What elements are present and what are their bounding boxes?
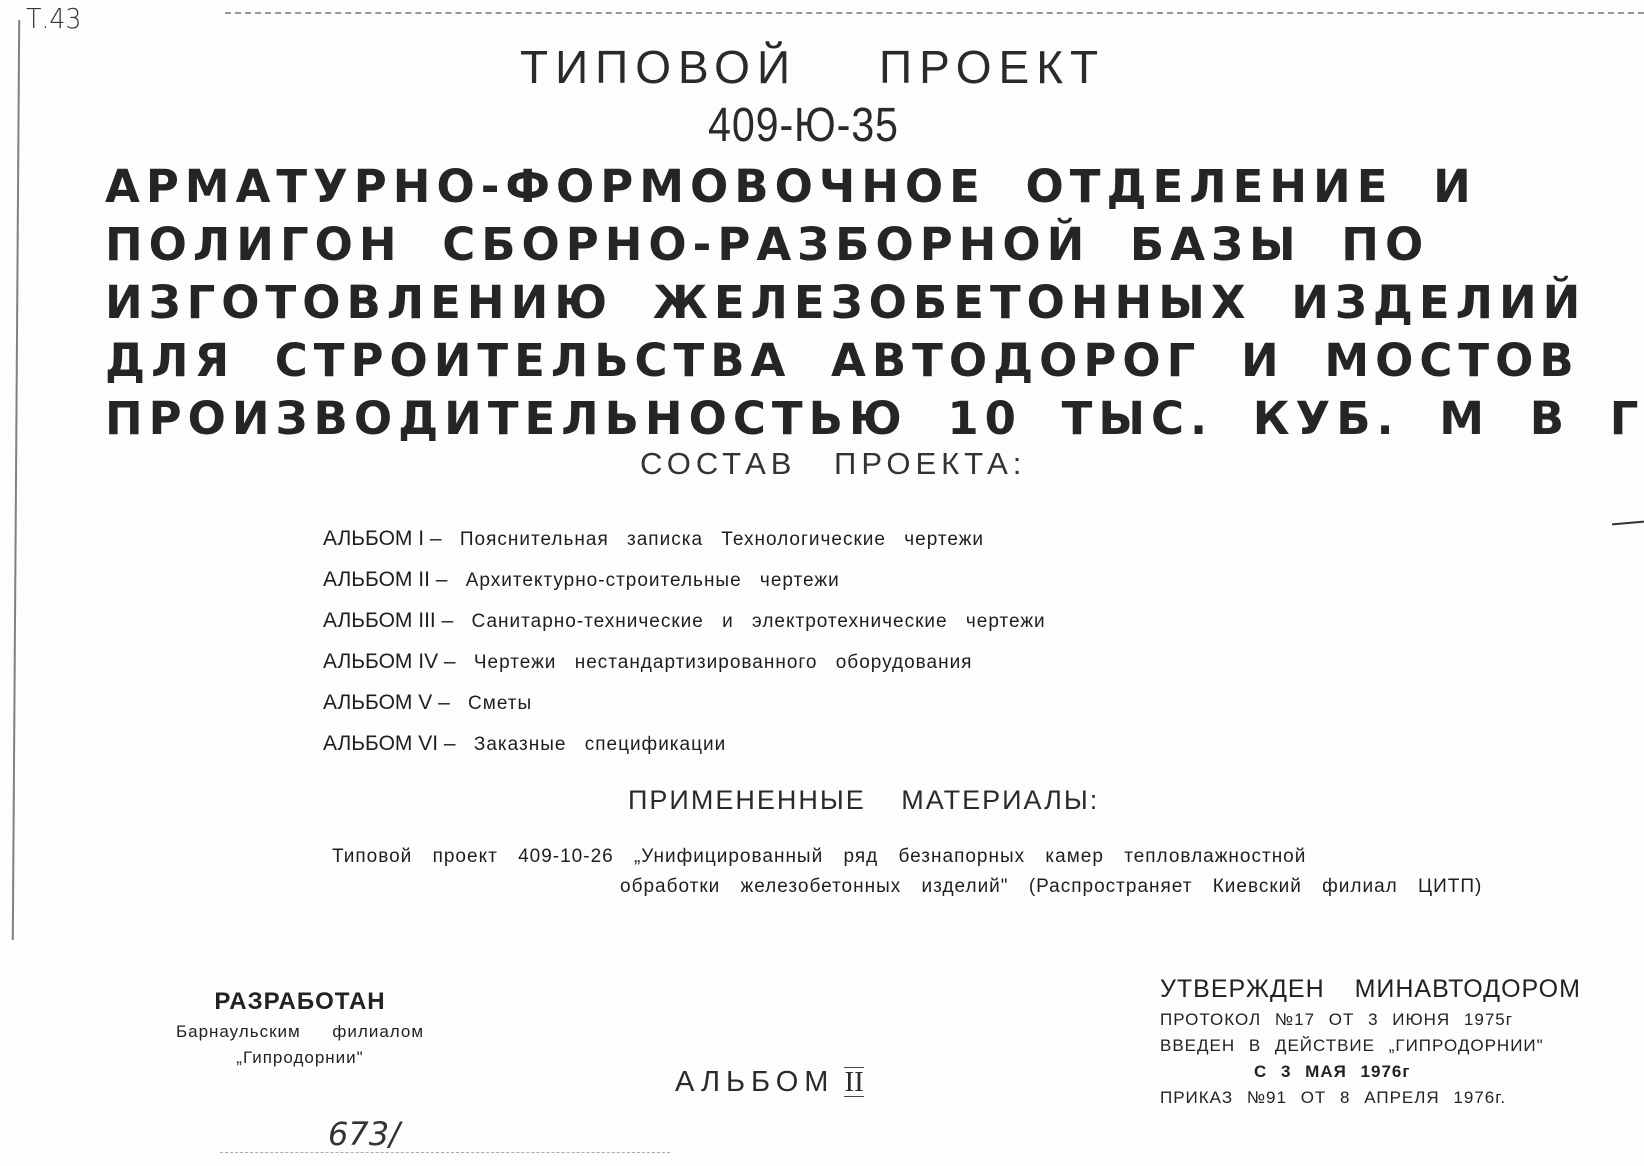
- sheet-mark: Т.43: [26, 2, 81, 35]
- album-code: АЛЬБОМ VI –: [323, 732, 456, 755]
- project-title-line: ПОЛИГОН СБОРНО-РАЗБОРНОЙ БАЗЫ ПО: [105, 216, 1644, 274]
- album-list-item: АЛЬБОМ IV – Чертежи нестандартизированно…: [323, 650, 1046, 691]
- developed-by-institute: „Гипродорнии": [140, 1048, 460, 1068]
- materials-line-1: Типовой проект 409-10-26 „Унифицированны…: [332, 846, 1306, 867]
- album-code: АЛЬБОМ III –: [323, 609, 453, 632]
- album-label-word: АЛЬБОМ: [675, 1066, 834, 1098]
- approval-enacted: ВВЕДЕН В ДЕЙСТВИЕ „ГИПРОДОРНИИ": [1160, 1036, 1581, 1056]
- developed-by-organization: Барнаульским филиалом: [140, 1022, 460, 1042]
- project-number: 409-Ю-35: [708, 98, 899, 153]
- album-code: АЛЬБОМ IV –: [323, 650, 456, 673]
- album-list-item: АЛЬБОМ II – Архитектурно-строительные че…: [323, 568, 1046, 609]
- album-list-item: АЛЬБОМ I – Пояснительная записка Техноло…: [323, 527, 1046, 568]
- approval-effective-date: С 3 МАЯ 1976г: [1160, 1062, 1581, 1082]
- approval-protocol: ПРОТОКОЛ №17 ОТ 3 ИЮНЯ 1975г: [1160, 1010, 1581, 1030]
- left-border-line: [12, 20, 20, 940]
- album-code: АЛЬБОМ I –: [323, 527, 442, 550]
- album-list-item: АЛЬБОМ III – Санитарно-технические и эле…: [323, 609, 1046, 650]
- document-type-word2: ПРОЕКТ: [879, 41, 1105, 93]
- inventory-number: 673/: [328, 1115, 400, 1153]
- project-title-line: АРМАТУРНО-ФОРМОВОЧНОЕ ОТДЕЛЕНИЕ И: [105, 158, 1644, 216]
- developed-by-block: РАЗРАБОТАН Барнаульским филиалом „Гипрод…: [140, 988, 460, 1068]
- album-list-item: АЛЬБОМ V – Сметы: [323, 691, 1046, 732]
- album-label: АЛЬБОМII: [675, 1066, 864, 1099]
- project-title-line: ИЗГОТОВЛЕНИЮ ЖЕЛЕЗОБЕТОННЫХ ИЗДЕЛИЙ: [105, 274, 1644, 332]
- album-title: Архитектурно-строительные чертежи: [466, 570, 840, 591]
- project-title-line: ПРОИЗВОДИТЕЛЬНОСТЬЮ 10 ТЫС. КУБ. М В ГОД…: [105, 390, 1644, 448]
- developed-by-heading: РАЗРАБОТАН: [140, 988, 460, 1016]
- album-code: АЛЬБОМ V –: [323, 691, 450, 714]
- bottom-border-line: [220, 1152, 670, 1153]
- album-title: Сметы: [468, 693, 532, 714]
- composition-heading: СОСТАВ ПРОЕКТА:: [640, 446, 1026, 482]
- album-list: АЛЬБОМ I – Пояснительная записка Техноло…: [323, 527, 1046, 773]
- approval-order: ПРИКАЗ №91 ОТ 8 АПРЕЛЯ 1976г.: [1160, 1088, 1581, 1108]
- materials-text: Типовой проект 409-10-26 „Унифицированны…: [332, 846, 1306, 868]
- album-list-item: АЛЬБОМ VI – Заказные спецификации: [323, 732, 1046, 773]
- document-type-word1: ТИПОВОЙ: [520, 41, 797, 93]
- approval-block: УТВЕРЖДЕН МИНАВТОДОРОМ ПРОТОКОЛ №17 ОТ 3…: [1160, 975, 1581, 1108]
- right-edge-mark: [1612, 521, 1644, 526]
- album-code: АЛЬБОМ II –: [323, 568, 447, 591]
- project-title: АРМАТУРНО-ФОРМОВОЧНОЕ ОТДЕЛЕНИЕ И ПОЛИГО…: [105, 158, 1644, 448]
- materials-line-2: обработки железобетонных изделий" (Распр…: [620, 876, 1482, 898]
- approval-heading: УТВЕРЖДЕН МИНАВТОДОРОМ: [1160, 975, 1581, 1004]
- album-title: Пояснительная записка Технологические че…: [460, 529, 984, 550]
- materials-heading: ПРИМЕНЕННЫЕ МАТЕРИАЛЫ:: [628, 785, 1099, 816]
- document-type: ТИПОВОЙПРОЕКТ: [520, 40, 1105, 94]
- album-title: Заказные спецификации: [474, 734, 726, 755]
- top-border-line: [225, 12, 1644, 14]
- album-title: Санитарно-технические и электротехническ…: [472, 611, 1046, 632]
- album-title: Чертежи нестандартизированного оборудова…: [474, 652, 973, 673]
- album-label-number: II: [844, 1067, 863, 1097]
- project-title-line: ДЛЯ СТРОИТЕЛЬСТВА АВТОДОРОГ И МОСТОВ: [105, 332, 1644, 390]
